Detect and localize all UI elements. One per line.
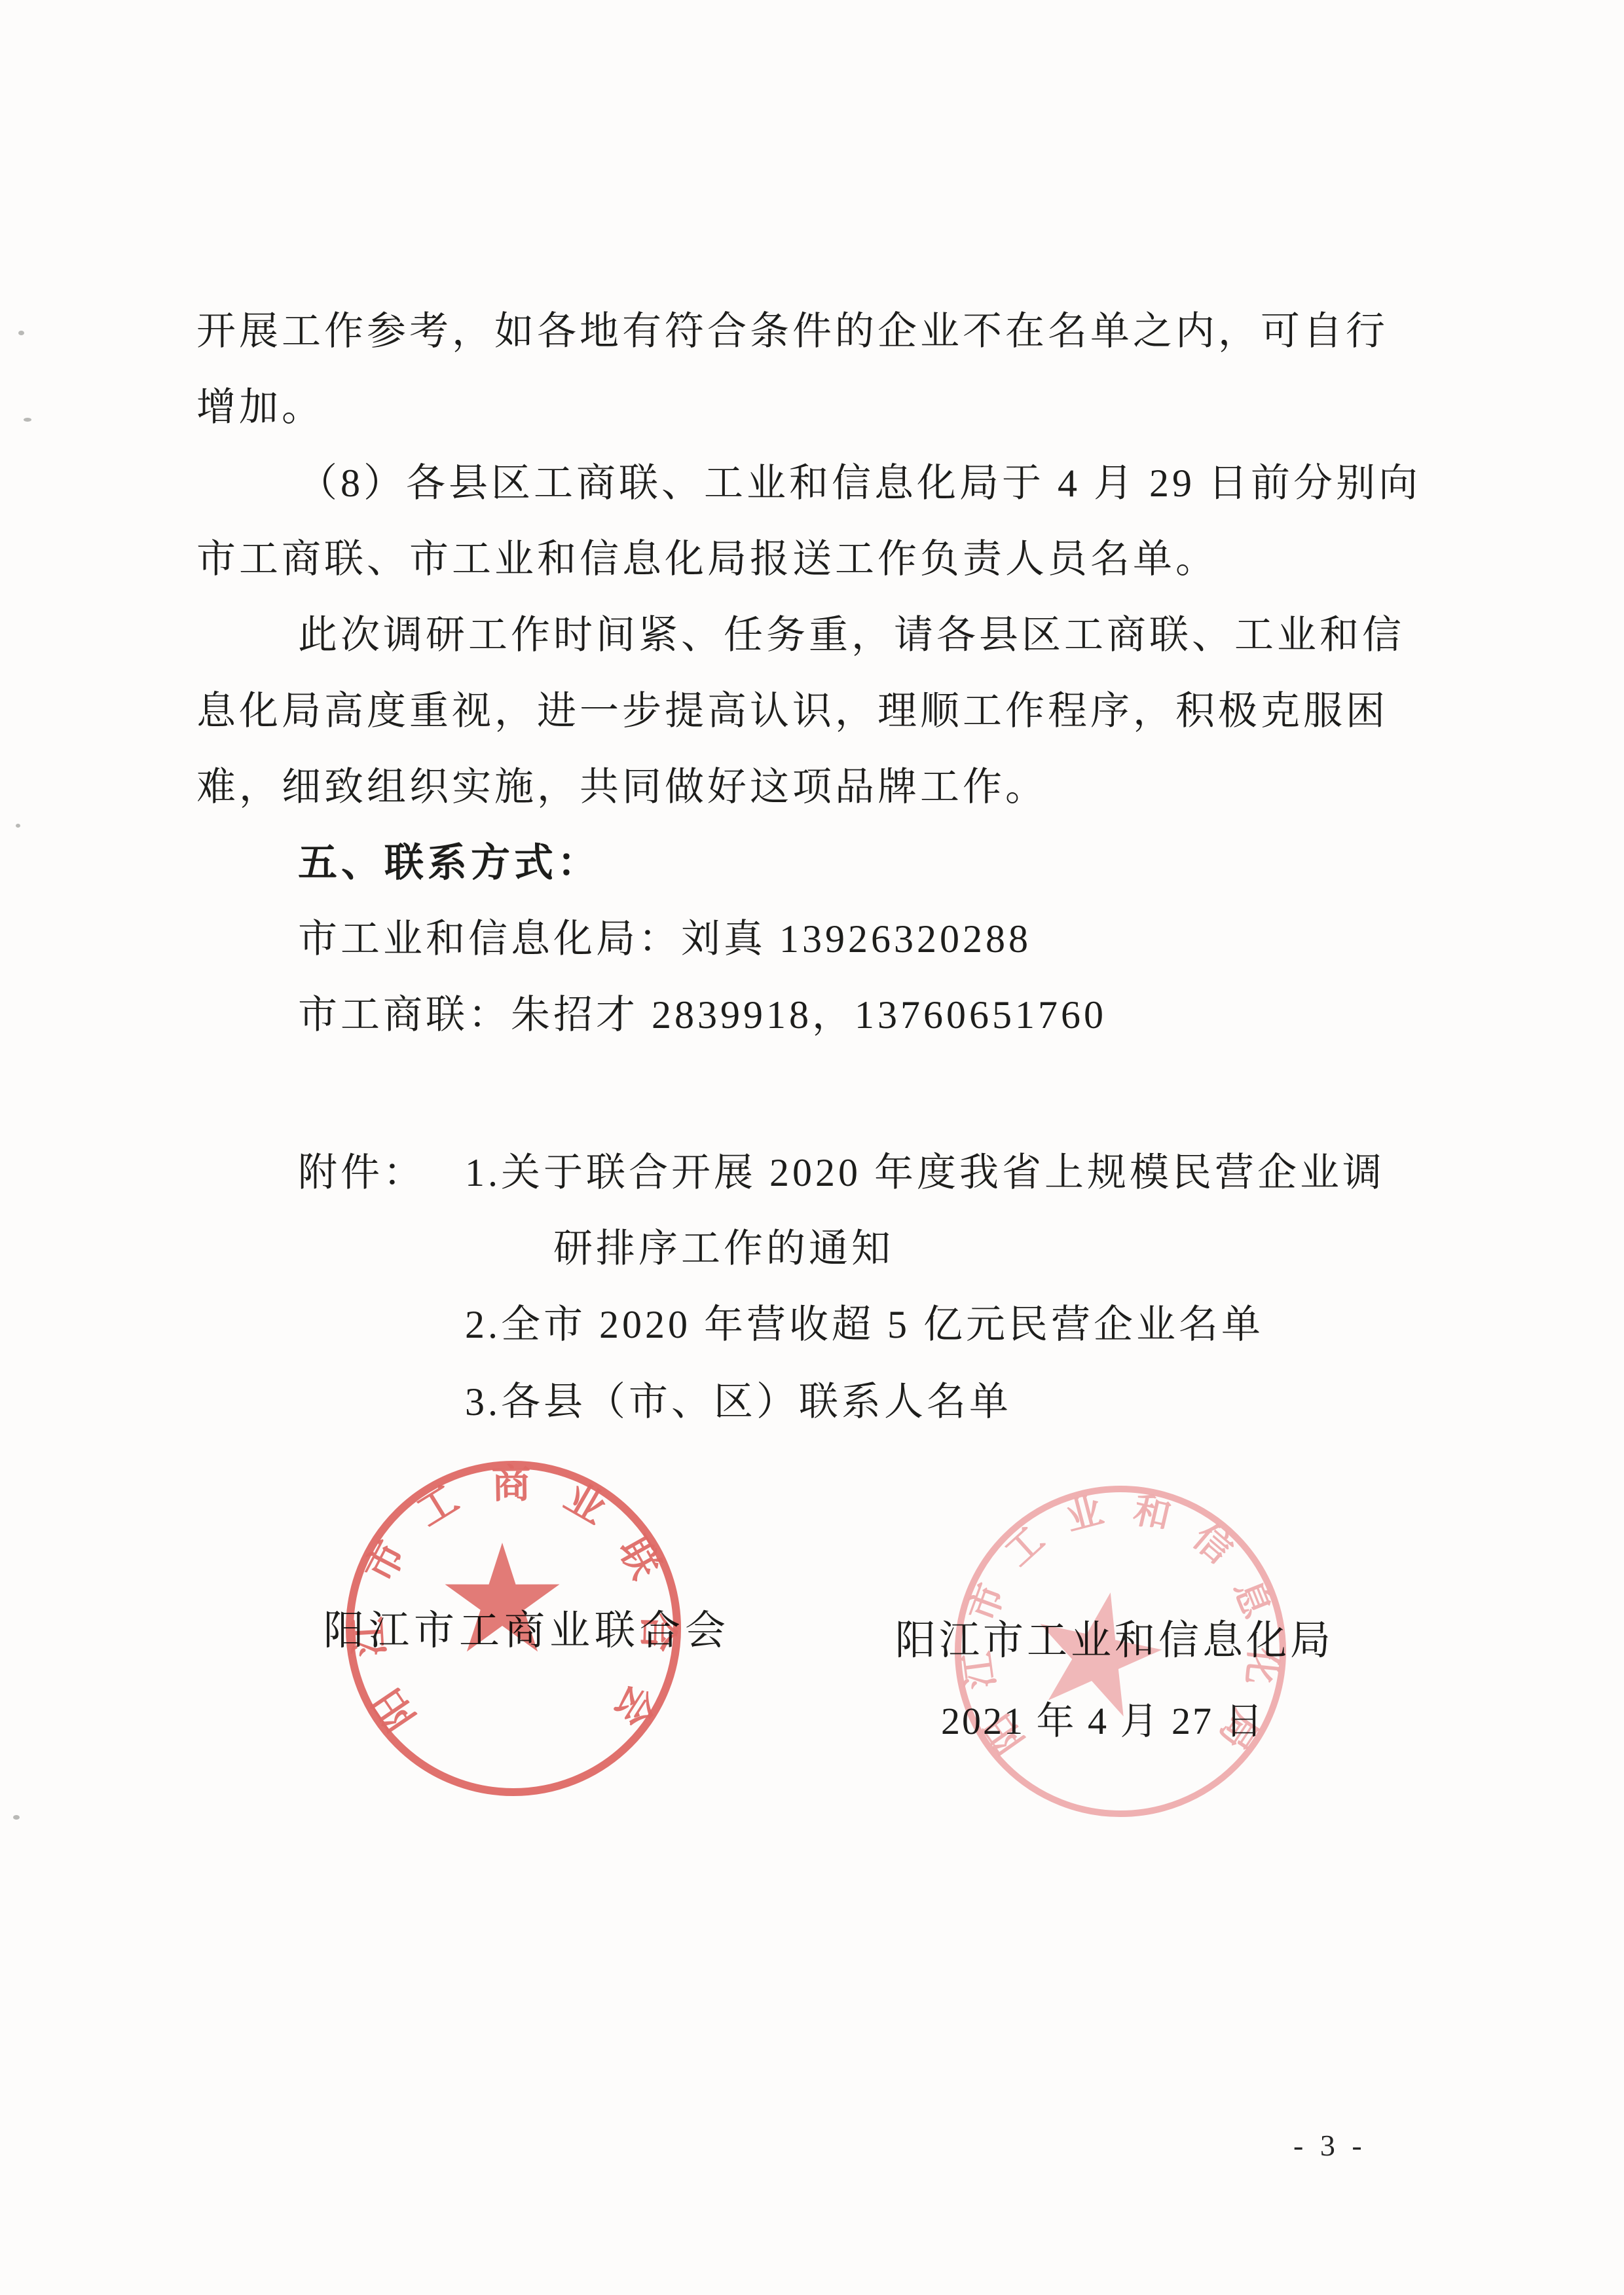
scan-speck bbox=[16, 824, 20, 828]
paragraph-line: 开展工作参考，如各地有符合条件的企业不在名单之内，可自行 bbox=[196, 308, 1388, 354]
attachment-item-1-continued: 研排序工作的通知 bbox=[553, 1226, 894, 1272]
signature-date: 2021 年 4 月 27 日 bbox=[941, 1698, 1265, 1744]
scan-speck bbox=[13, 1815, 20, 1820]
scan-speck bbox=[18, 331, 24, 335]
paragraph-line: 市工商联、市工业和信息化局报送工作负责人员名单。 bbox=[196, 536, 1218, 582]
paragraph-line: 难，细致组织实施，共同做好这项品牌工作。 bbox=[196, 764, 1048, 810]
attachment-item-1: 1.关于联合开展 2020 年度我省上规模民营企业调 bbox=[465, 1150, 1385, 1196]
contact-line-industry-bureau: 市工业和信息化局：刘真 13926320288 bbox=[298, 916, 1031, 962]
seal-arc-text: 阳江市工商业联合会 bbox=[347, 1463, 680, 1738]
section-heading-contact: 五、联系方式： bbox=[298, 840, 600, 886]
contact-line-federation: 市工商联：朱招才 2839918，13760651760 bbox=[298, 992, 1107, 1038]
attachments-label: 附件： bbox=[298, 1150, 426, 1196]
scanned-document-page: 开展工作参考，如各地有符合条件的企业不在名单之内，可自行 增加。 （8）各县区工… bbox=[0, 0, 1624, 2295]
signature-org-right: 阳江市工业和信息化局 bbox=[895, 1618, 1334, 1664]
signature-org-left: 阳江市工商业联合会 bbox=[323, 1608, 730, 1654]
attachment-item-3: 3.各县（市、区）联系人名单 bbox=[465, 1379, 1012, 1425]
attachment-item-2: 2.全市 2020 年营收超 5 亿元民营企业名单 bbox=[465, 1302, 1264, 1348]
page-number: - 3 - bbox=[1293, 2123, 1367, 2169]
paragraph-line: 此次调研工作时间紧、任务重，请各县区工商联、工业和信 bbox=[298, 612, 1405, 658]
paragraph-line: 息化局高度重视，进一步提高认识，理顺工作程序，积极克服困 bbox=[196, 688, 1388, 734]
paragraph-line: 增加。 bbox=[196, 384, 324, 430]
scan-speck bbox=[24, 418, 31, 422]
paragraph-line: （8）各县区工商联、工业和信息化局于 4 月 29 日前分别向 bbox=[298, 460, 1421, 506]
